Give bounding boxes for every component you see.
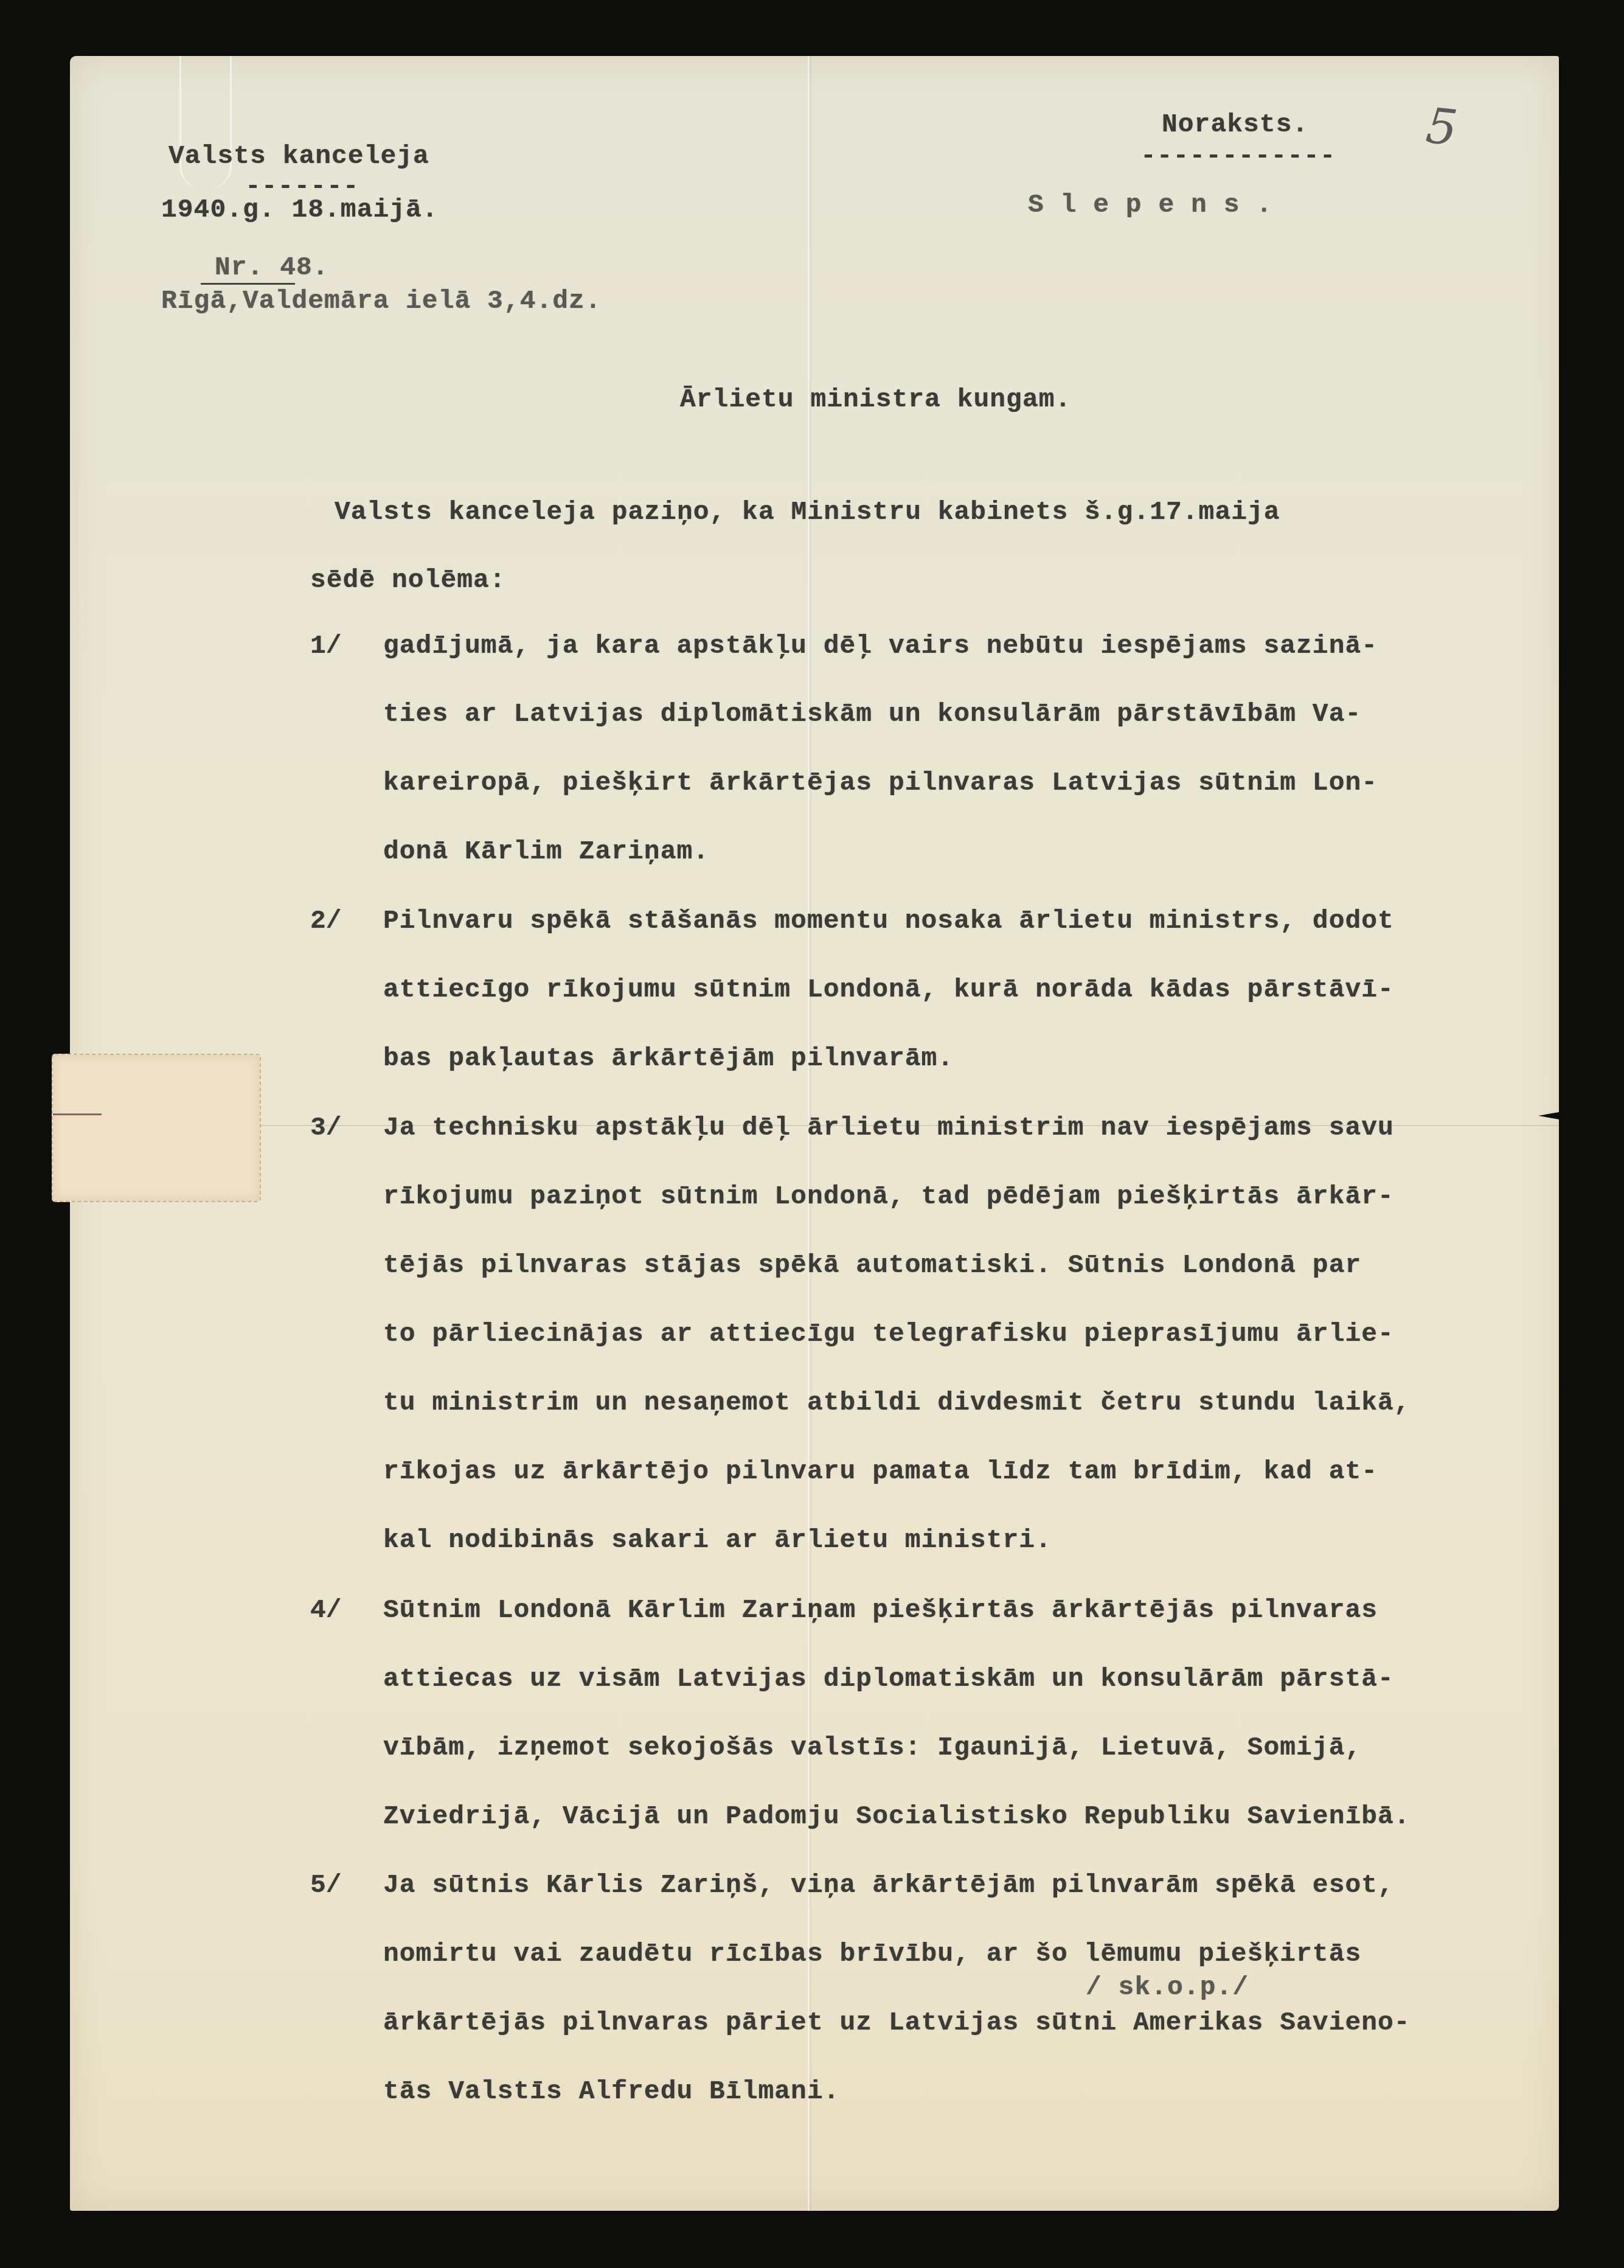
- intro-line-1: Valsts kanceleja paziņo, ka Ministru kab…: [335, 497, 1280, 527]
- item-2-line-3: bas pakļautas ārkārtējām pilnvarām.: [383, 1043, 954, 1073]
- item-number-2: 2/: [310, 906, 342, 936]
- item-1-line-3: kareiropā, piešķirt ārkārtējas pilnvaras…: [383, 768, 1378, 798]
- item-4-line-1: Sūtnim Londonā Kārlim Zariņam piešķirtās…: [383, 1595, 1378, 1625]
- item-2-line-1: Pilnvaru spēkā stāšanās momentu nosaka ā…: [383, 906, 1394, 936]
- item-4-line-4: Zviedrijā, Vācijā un Padomju Socialistis…: [383, 1801, 1411, 1831]
- sender-office: Valsts kanceleja: [168, 141, 429, 171]
- intro-line-2: sēdē nolēma:: [310, 565, 506, 595]
- copy-mark: Noraksts.: [1162, 110, 1308, 139]
- document-date: 1940.g. 18.maijā.: [161, 195, 439, 224]
- number-underline: [201, 283, 295, 285]
- item-4-line-3: vībām, izņemot sekojošās valstīs: Igauni…: [383, 1733, 1361, 1762]
- classification-secret: S l e p e n s .: [1028, 190, 1272, 220]
- document-number: Nr. 48.: [215, 252, 329, 282]
- paper-tape-patch: [52, 1054, 261, 1202]
- addressee: Ārlietu ministra kungam.: [680, 384, 1071, 414]
- item-number-1: 1/: [310, 631, 342, 661]
- item-1-line-2: ties ar Latvijas diplomātiskām un konsul…: [383, 699, 1361, 729]
- page-number: 5: [1423, 97, 1460, 157]
- copy-mark-rule: ------------: [1140, 141, 1336, 171]
- document-page: 5 Noraksts. ------------ S l e p e n s .…: [70, 56, 1559, 2211]
- signature-mark: / sk.o.p./: [1086, 1972, 1249, 2002]
- item-5-line-2: nomirtu vai zaudētu rīcības brīvību, ar …: [383, 1939, 1361, 1969]
- item-1-line-1: gadījumā, ja kara apstākļu dēļ vairs neb…: [383, 631, 1378, 661]
- item-3-line-3: tējās pilnvaras stājas spēkā automatiski…: [383, 1250, 1361, 1280]
- item-3-line-7: kal nodibinās sakari ar ārlietu ministri…: [383, 1525, 1052, 1555]
- item-1-line-4: donā Kārlim Zariņam.: [383, 837, 709, 866]
- item-number-4: 4/: [310, 1595, 342, 1625]
- item-3-line-5: tu ministrim un nesaņemot atbildi divdes…: [383, 1388, 1411, 1417]
- item-5-line-1: Ja sūtnis Kārlis Zariņš, viņa ārkārtējām…: [383, 1870, 1394, 1900]
- color-thread-mark: [53, 1113, 102, 1116]
- item-5-line-4: tās Valstīs Alfredu Bīlmani.: [383, 2076, 840, 2106]
- item-3-line-4: to pārliecinājas ar attiecīgu telegrafis…: [383, 1319, 1394, 1349]
- item-2-line-2: attiecīgo rīkojumu sūtnim Londonā, kurā …: [383, 975, 1394, 1004]
- item-3-line-1: Ja technisku apstākļu dēļ ārlietu minist…: [383, 1113, 1394, 1143]
- item-number-3: 3/: [310, 1113, 342, 1143]
- paper-tear: [1538, 1111, 1563, 1120]
- item-5-line-3: ārkārtējās pilnvaras pāriet uz Latvijas …: [383, 2008, 1411, 2037]
- item-3-line-2: rīkojumu paziņot sūtnim Londonā, tad pēd…: [383, 1181, 1394, 1211]
- item-number-5: 5/: [310, 1870, 342, 1900]
- item-4-line-2: attiecas uz visām Latvijas diplomatiskām…: [383, 1664, 1394, 1694]
- item-3-line-6: rīkojas uz ārkārtējo pilnvaru pamata līd…: [383, 1456, 1378, 1486]
- sender-address: Rīgā,Valdemāra ielā 3,4.dz.: [161, 286, 602, 316]
